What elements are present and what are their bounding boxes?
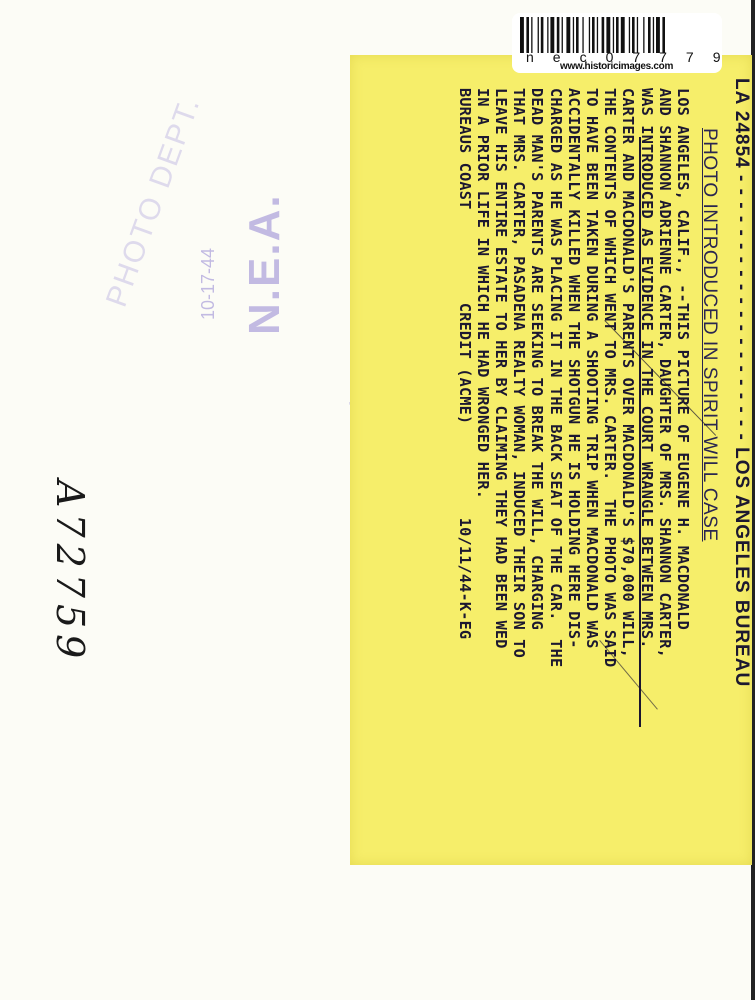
caption-line: DEAD MAN'S PARENTS ARE SEEKING TO BREAK … [528,88,546,667]
slug-line: LA 24854 - - - - - - - - - - - - - - - -… [730,78,752,687]
caption-body: LOS ANGELES, CALIF., --THIS PICTURE OF E… [455,88,692,667]
nea-stamp: N.E.A. [240,193,290,335]
barcode-website: www.historicimages.com [560,61,673,72]
barcode-label: nec07779 www.historicimages.com [512,13,722,73]
handwritten-catalog-number: A72759 [48,480,92,664]
pen-underline-mark [639,137,641,727]
caption-line: THAT MRS. CARTER, PASADENA REALTY WOMAN,… [510,88,528,667]
caption-line: CHARGED AS HE WAS PLACING IT IN THE BACK… [546,88,564,667]
caption-line: ACCIDENTALLY KILLED WHEN THE SHOTGUN HE … [565,88,583,667]
caption-line: LOS ANGELES, CALIF., --THIS PICTURE OF E… [674,88,692,667]
caption-line: BUREAUS COAST CREDIT (ACME) 10/11/44-K-E… [455,88,473,667]
headline: PHOTO INTRODUCED IN SPIRIT WILL CASE [698,128,720,542]
caption-line: THE CONTENTS OF WHICH WENT TO MRS. CARTE… [601,88,619,667]
caption-line: IN A PRIOR LIFE IN WHICH HE HAD WRONGED … [474,88,492,667]
received-date-stamp: 10-17-44 [198,248,219,320]
caption-line: TO HAVE BEEN TAKEN DURING A SHOOTING TRI… [583,88,601,667]
barcode-graphic [520,17,715,53]
caption-line: LEAVE HIS ENTIRE ESTATE TO HER BY CLAIMI… [492,88,510,667]
caption-line: CARTER AND MACDONALD'S PARENTS OVER MACD… [619,88,637,667]
